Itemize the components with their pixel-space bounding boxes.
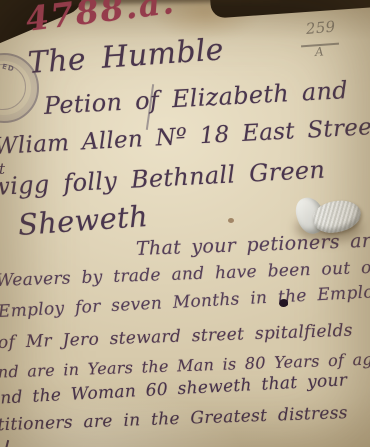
manuscript-photo: ED 4788.a. 259 A t The Humble Petion of … [0,0,370,447]
folio-letter: A [315,44,325,59]
manuscript-line: The Humble [27,32,225,81]
manuscript-line: Wliam Allen Nº 18 East Street [0,114,370,160]
manuscript-line: Sheweth [17,199,149,242]
clipped-stroke-fragment [5,440,9,447]
manuscript-line: Twigg folly Bethnall Green [0,156,326,202]
folio-number: 259 [305,17,336,38]
manuscript-line: of Mr Jero steward street spitalfields [0,321,353,353]
manuscript-line: Petion of Elizabeth and [43,76,348,120]
accession-number: 4788.a. [24,0,178,39]
ink-blot [279,299,288,307]
photo-edge-top-right [209,0,370,19]
ink-spot [228,218,234,223]
manuscript-line: petitioners are in the Greatest distress [0,403,348,436]
